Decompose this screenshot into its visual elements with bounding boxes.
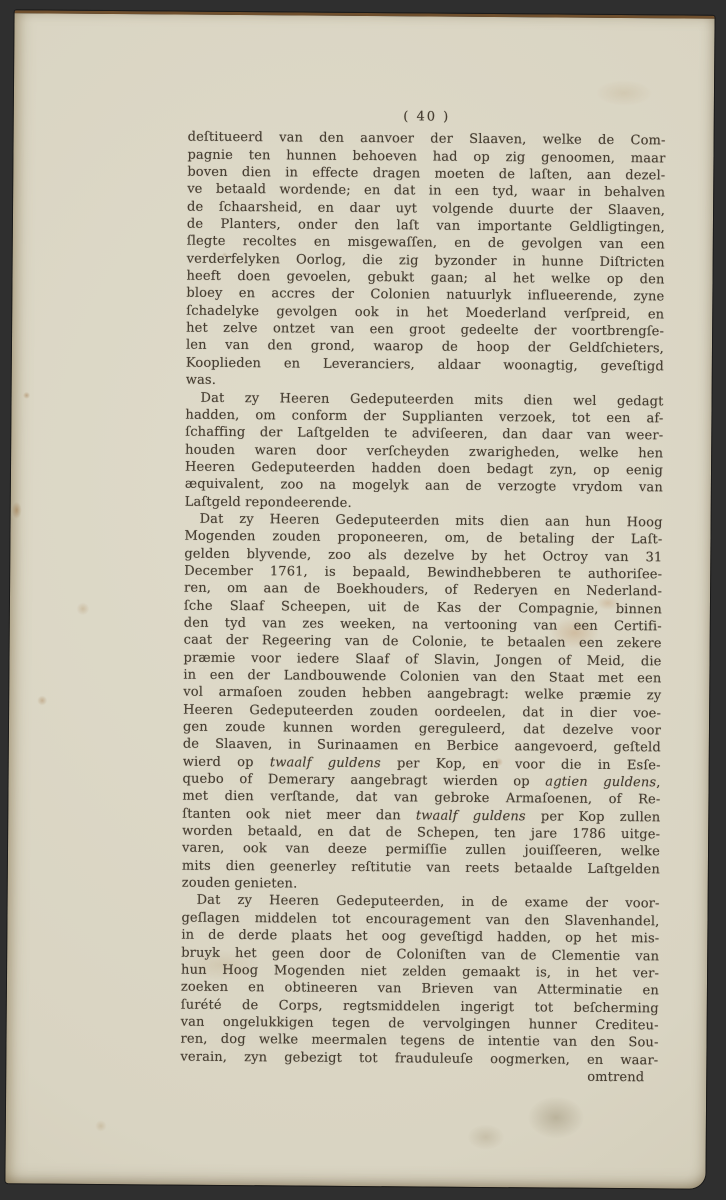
page-number: ( 40 )	[188, 107, 666, 128]
body-text: deſtitueerd van den aanvoer der Slaaven,…	[180, 129, 665, 1069]
text-block: ( 40 ) deſtitueerd van den aanvoer der S…	[180, 107, 666, 1087]
scan-background: { "document": { "page_number_header": "(…	[0, 0, 726, 1200]
catchword: omtrend	[180, 1066, 658, 1087]
scanned-book-photo: ( 40 ) deſtitueerd van den aanvoer der S…	[0, 0, 726, 1200]
document-page: ( 40 ) deſtitueerd van den aanvoer der S…	[5, 10, 714, 1188]
